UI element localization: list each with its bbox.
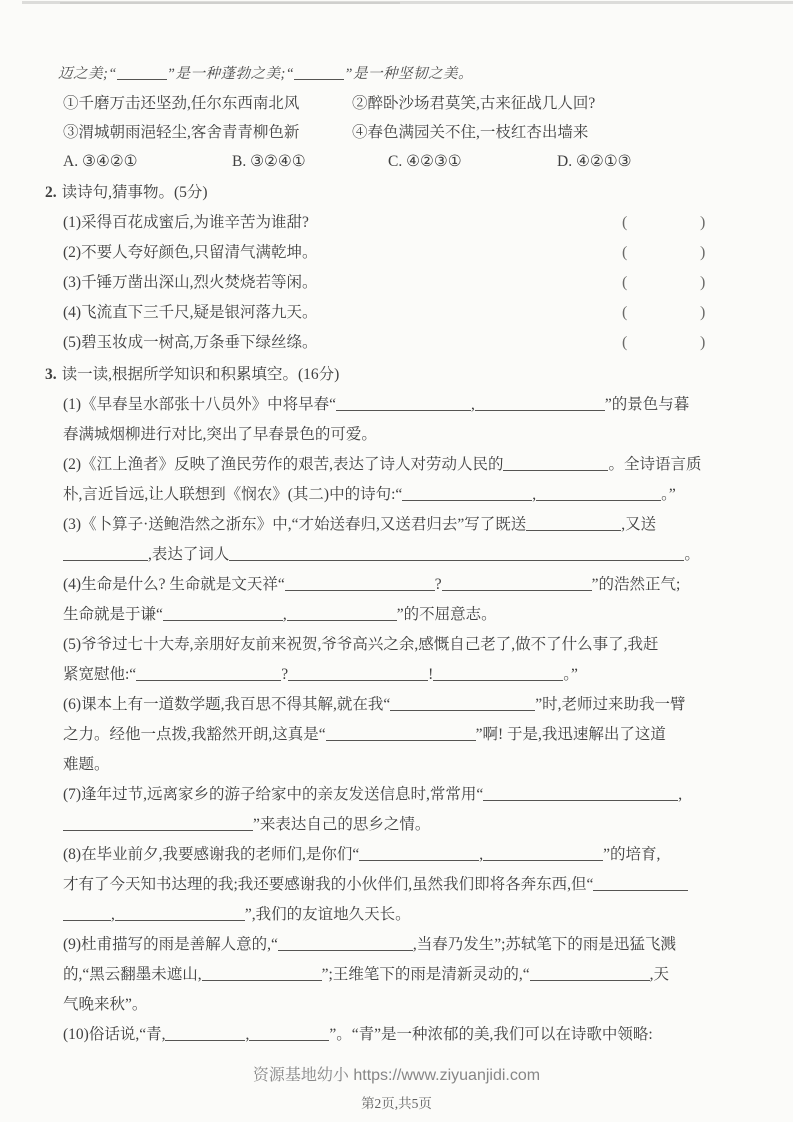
fill-in-blank bbox=[390, 698, 535, 711]
fill-in-blank bbox=[63, 908, 111, 921]
q3-item-4-line-1: (4)生命是什么? 生命就是文天祥“?”的浩然正气; bbox=[45, 570, 757, 600]
fill-in-blank bbox=[288, 668, 428, 681]
fill-in-blank bbox=[63, 548, 148, 561]
text-run: 难题。 bbox=[63, 756, 110, 773]
fill-in-blank bbox=[433, 668, 563, 681]
q1-continuation-line: 迈之美;“”是一种蓬勃之美;“”是一种坚韧之美。 bbox=[45, 60, 757, 89]
q3-item-5-line-1: (5)爷爷过七十大寿,亲朋好友前来祝贺,爷爷高兴之余,感慨自己老了,做不了什么事… bbox=[45, 630, 757, 660]
question-text: (3)千锤万凿出深山,烈火焚烧若等闲。 bbox=[63, 274, 317, 291]
fill-in-blank bbox=[402, 488, 532, 501]
q2-item-2: (2)不要人夸好颜色,只留清气满乾坤。() bbox=[45, 238, 757, 268]
page-number: 第2页,共5页 bbox=[0, 1095, 793, 1113]
q3-item-6-line-3: 难题。 bbox=[45, 750, 757, 780]
text-run: ? bbox=[281, 666, 288, 683]
fill-in-blank bbox=[294, 67, 344, 80]
question-text: (1)采得百花成蜜后,为谁辛苦为谁甜? bbox=[63, 214, 309, 231]
answer-bracket-close: ) bbox=[700, 328, 705, 358]
text-run: 。” bbox=[563, 666, 578, 683]
text-run: 生命就是于谦“ bbox=[63, 606, 163, 623]
fill-in-blank bbox=[117, 67, 167, 80]
fill-in-blank bbox=[530, 968, 650, 981]
q3-item-9-line-3: 气晚来秋”。 bbox=[45, 990, 757, 1020]
text-run: ”。“青”是一种浓郁的美,我们可以在诗歌中领略: bbox=[329, 1026, 652, 1043]
fill-in-blank bbox=[278, 938, 413, 951]
text-run: 紧宽慰他:“ bbox=[63, 666, 136, 683]
poem-option-left: ③渭城朝雨浥轻尘,客舍青青柳色新 bbox=[63, 118, 352, 147]
q3-item-6-line-1: (6)课本上有一道数学题,我百思不得其解,就在我“”时,老师过来助我一臂 bbox=[45, 690, 757, 720]
q3-item-3-line-2: ,表达了词人。 bbox=[45, 540, 757, 570]
q3-item-7-line-2: ”来表达自己的思乡之情。 bbox=[45, 810, 757, 840]
fill-in-blank bbox=[593, 878, 688, 891]
answer-choice: A. ③④②① bbox=[63, 147, 232, 176]
text-run: ,天 bbox=[650, 966, 669, 983]
text-run: 春满城烟柳进行对比,突出了早春景色的可爱。 bbox=[63, 426, 377, 443]
poem-option-right: ④春色满园关不住,一枝红杏出墙来 bbox=[352, 124, 588, 141]
text-run: ”来表达自己的思乡之情。 bbox=[253, 816, 430, 833]
q3-item-10-line-1: (10)俗话说,“青,,”。“青”是一种浓郁的美,我们可以在诗歌中领略: bbox=[45, 1020, 757, 1050]
fill-in-blank bbox=[285, 578, 435, 591]
fill-in-blank bbox=[336, 398, 471, 411]
fill-in-blank bbox=[326, 728, 476, 741]
q2-item-5: (5)碧玉妆成一树高,万条垂下绿丝绦。() bbox=[45, 328, 757, 358]
text-run: ”时,老师过来助我一臂 bbox=[535, 696, 685, 713]
answer-choice: D. ④②①③ bbox=[557, 147, 632, 176]
q2-header: 2.读诗句,猜事物。(5分) bbox=[45, 178, 757, 208]
text-run: (10)俗话说,“青, bbox=[63, 1026, 165, 1043]
q2-item-1: (1)采得百花成蜜后,为谁辛苦为谁甜?() bbox=[45, 208, 757, 238]
q3-item-9-line-1: (9)杜甫描写的雨是善解人意的,“,当春乃发生”;苏轼笔下的雨是迅猛飞溅 bbox=[45, 930, 757, 960]
text-run: ”的培育, bbox=[603, 846, 660, 863]
question-text: (2)不要人夸好颜色,只留清气满乾坤。 bbox=[63, 244, 317, 261]
section-number: 3. bbox=[45, 366, 57, 383]
text-run: 气晚来秋”。 bbox=[63, 996, 147, 1013]
text-run: (7)逢年过节,远离家乡的游子给家中的亲友发送信息时,常常用“ bbox=[63, 786, 483, 803]
text-run: (4)生命是什么? 生命就是文天祥“ bbox=[63, 576, 285, 593]
section-title: 读一读,根据所学知识和积累填空。(16分) bbox=[62, 366, 340, 383]
q2-item-4: (4)飞流直下三千尺,疑是银河落九天。() bbox=[45, 298, 757, 328]
text-run: ”的景色与暮 bbox=[605, 396, 689, 413]
fill-in-blank bbox=[483, 848, 603, 861]
q3-item-5-line-2: 紧宽慰他:“?!。” bbox=[45, 660, 757, 690]
q3-item-1-line-1: (1)《早春呈水部张十八员外》中将早春“,”的景色与暮 bbox=[45, 390, 757, 420]
fill-in-blank bbox=[202, 968, 322, 981]
fill-in-blank bbox=[165, 1028, 245, 1041]
text-run: (1)《早春呈水部张十八员外》中将早春“ bbox=[63, 396, 336, 413]
text-run: (8)在毕业前夕,我要感谢我的老师们,是你们“ bbox=[63, 846, 359, 863]
text-run: (3)《卜算子·送鲍浩然之浙东》中,“才始送春归,又送君归去”写了既送 bbox=[63, 516, 526, 533]
question-text: (4)飞流直下三千尺,疑是银河落九天。 bbox=[63, 304, 317, 321]
q3-header: 3.读一读,根据所学知识和积累填空。(16分) bbox=[45, 360, 757, 390]
text-run: ,表达了词人 bbox=[148, 546, 229, 563]
fill-in-blank bbox=[249, 1028, 329, 1041]
text-run: ”是一种坚韧之美。 bbox=[344, 66, 473, 82]
q3-item-6-line-2: 之力。经他一点拨,我豁然开朗,这真是“”啊! 于是,我迅速解出了这道 bbox=[45, 720, 757, 750]
fill-in-blank bbox=[503, 458, 608, 471]
text-run: ,当春乃发生”;苏轼笔下的雨是迅猛飞溅 bbox=[413, 936, 676, 953]
section-number: 2. bbox=[45, 184, 57, 201]
answer-bracket-close: ) bbox=[700, 208, 705, 238]
q3-item-2-line-1: (2)《江上渔者》反映了渔民劳作的艰苦,表达了诗人对劳动人民的。全诗语言质 bbox=[45, 450, 757, 480]
exam-content: 迈之美;“”是一种蓬勃之美;“”是一种坚韧之美。①千磨万击还坚劲,任尔东西南北风… bbox=[45, 60, 757, 1050]
poem-option-left: ①千磨万击还坚劲,任尔东西南北风 bbox=[63, 89, 352, 118]
text-run: ”啊! 于是,我迅速解出了这道 bbox=[476, 726, 666, 743]
fill-in-blank bbox=[136, 668, 281, 681]
fill-in-blank bbox=[526, 518, 621, 531]
fill-in-blank bbox=[442, 578, 592, 591]
q3-item-8-line-3: ,”,我们的友谊地久天长。 bbox=[45, 900, 757, 930]
answer-choice: B. ③②④① bbox=[232, 147, 388, 176]
answer-bracket-open: ( bbox=[622, 238, 627, 268]
answer-choice: C. ④②③① bbox=[388, 147, 557, 176]
answer-bracket-close: ) bbox=[700, 298, 705, 328]
text-run: 才有了今天知书达理的我;我还要感谢我的小伙伴们,虽然我们即将各奔东西,但“ bbox=[63, 876, 593, 893]
text-run: ”;王维笔下的雨是清新灵动的,“ bbox=[322, 966, 530, 983]
fill-in-blank bbox=[475, 398, 605, 411]
q3-item-8-line-2: 才有了今天知书达理的我;我还要感谢我的小伙伴们,虽然我们即将各奔东西,但“ bbox=[45, 870, 757, 900]
fill-in-blank bbox=[359, 848, 479, 861]
q1-answer-choices: A. ③④②①B. ③②④①C. ④②③①D. ④②①③ bbox=[45, 147, 757, 176]
text-run: ”的不屈意志。 bbox=[397, 606, 497, 623]
q3-item-1-line-2: 春满城烟柳进行对比,突出了早春景色的可爱。 bbox=[45, 420, 757, 450]
text-run: 迈之美;“ bbox=[58, 66, 117, 82]
text-run: ? bbox=[435, 576, 442, 593]
fill-in-blank bbox=[287, 608, 397, 621]
fill-in-blank bbox=[163, 608, 283, 621]
fill-in-blank bbox=[536, 488, 661, 501]
text-run: ”,我们的友谊地久天长。 bbox=[245, 906, 411, 923]
fill-in-blank bbox=[229, 548, 684, 561]
text-run: 之力。经他一点拨,我豁然开朗,这真是“ bbox=[63, 726, 326, 743]
watermark-text: 资源基地幼小 https://www.ziyuanjidi.com bbox=[0, 1066, 793, 1086]
text-run: (5)爷爷过七十大寿,亲朋好友前来祝贺,爷爷高兴之余,感慨自己老了,做不了什么事… bbox=[63, 636, 658, 653]
q3-item-7-line-1: (7)逢年过节,远离家乡的游子给家中的亲友发送信息时,常常用“, bbox=[45, 780, 757, 810]
text-run: (9)杜甫描写的雨是善解人意的,“ bbox=[63, 936, 278, 953]
question-text: (5)碧玉妆成一树高,万条垂下绿丝绦。 bbox=[63, 334, 317, 351]
answer-bracket-open: ( bbox=[622, 268, 627, 298]
q2-item-3: (3)千锤万凿出深山,烈火焚烧若等闲。() bbox=[45, 268, 757, 298]
text-run: 朴,言近旨远,让人联想到《悯农》(其二)中的诗句:“ bbox=[63, 486, 402, 503]
answer-bracket-open: ( bbox=[622, 208, 627, 238]
q1-option-row-2: ③渭城朝雨浥轻尘,客舍青青柳色新④春色满园关不住,一枝红杏出墙来 bbox=[45, 118, 757, 147]
text-run: ,又送 bbox=[621, 516, 656, 533]
text-run: 。” bbox=[661, 486, 676, 503]
poem-option-right: ②醉卧沙场君莫笑,古来征战几人回? bbox=[352, 95, 595, 112]
text-run: ”是一种蓬勃之美;“ bbox=[167, 66, 294, 82]
answer-bracket-open: ( bbox=[622, 328, 627, 358]
q1-option-row-1: ①千磨万击还坚劲,任尔东西南北风②醉卧沙场君莫笑,古来征战几人回? bbox=[45, 89, 757, 118]
text-run: ”的浩然正气; bbox=[592, 576, 681, 593]
text-run: 。全诗语言质 bbox=[608, 456, 701, 473]
answer-bracket-open: ( bbox=[622, 298, 627, 328]
page-top-edge-shade bbox=[60, 2, 400, 4]
answer-bracket-close: ) bbox=[700, 238, 705, 268]
fill-in-blank bbox=[483, 788, 678, 801]
fill-in-blank bbox=[115, 908, 245, 921]
q3-item-9-line-2: 的,“黑云翻墨未遮山,”;王维笔下的雨是清新灵动的,“,天 bbox=[45, 960, 757, 990]
q3-item-4-line-2: 生命就是于谦“,”的不屈意志。 bbox=[45, 600, 757, 630]
text-run: 。 bbox=[684, 546, 700, 563]
text-run: , bbox=[678, 786, 682, 803]
text-run: (2)《江上渔者》反映了渔民劳作的艰苦,表达了诗人对劳动人民的 bbox=[63, 456, 503, 473]
answer-bracket-close: ) bbox=[700, 268, 705, 298]
exam-page: 迈之美;“”是一种蓬勃之美;“”是一种坚韧之美。①千磨万击还坚劲,任尔东西南北风… bbox=[0, 0, 793, 1122]
q3-item-2-line-2: 朴,言近旨远,让人联想到《悯农》(其二)中的诗句:“,。” bbox=[45, 480, 757, 510]
q3-item-8-line-1: (8)在毕业前夕,我要感谢我的老师们,是你们“,”的培育, bbox=[45, 840, 757, 870]
text-run: 的,“黑云翻墨未遮山, bbox=[63, 966, 202, 983]
fill-in-blank bbox=[63, 818, 253, 831]
q3-item-3-line-1: (3)《卜算子·送鲍浩然之浙东》中,“才始送春归,又送君归去”写了既送,又送 bbox=[45, 510, 757, 540]
section-title: 读诗句,猜事物。(5分) bbox=[62, 184, 208, 201]
text-run: (6)课本上有一道数学题,我百思不得其解,就在我“ bbox=[63, 696, 390, 713]
